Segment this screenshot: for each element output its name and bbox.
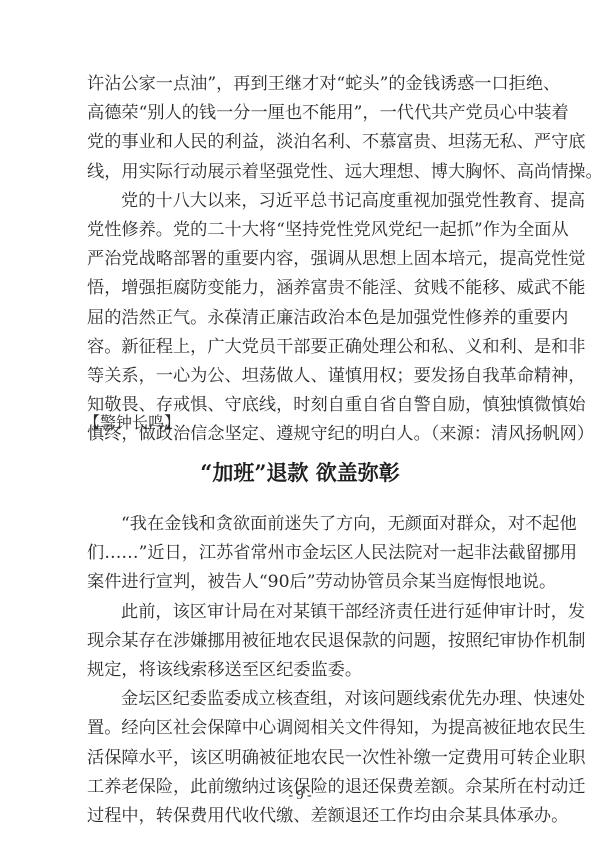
text-block-party-spirit: 许沾公家一点油”，再到王继才对“蛇头”的金钱诱惑一口拒绝、 高德荣“别人的钱一分… — [87, 70, 519, 449]
paragraph-line: 案件进行宣判，被告人“90后”劳动协管员佘某当庭悔恨地说。 — [87, 568, 519, 597]
section-label: 【警钟长鸣】 — [84, 410, 180, 433]
paragraph-line: 党的事业和人民的利益，淡泊名利、不慕富贵、坦荡无私、严守底 — [87, 128, 519, 157]
paragraph-line: 党性修养。党的二十大将“坚持党性党风党纪一起抓”作为全面从 — [87, 216, 519, 245]
paragraph-line: 规定，将该线索移送至区纪委监委。 — [87, 656, 519, 685]
paragraph-line: 等关系，一心为公、坦荡做人、谨慎用权；要发扬自我革命精神， — [87, 362, 519, 391]
paragraph-line: 严治党战略部署的重要内容，强调从思想上固本培元，提高党性觉 — [87, 245, 519, 274]
paragraph-line: “我在金钱和贪欲面前迷失了方向，无颜面对群众，对不起他 — [87, 510, 519, 539]
paragraph-line: 金坛区纪委监委成立核查组，对该问题线索优先办理、快速处 — [87, 685, 519, 714]
paragraph-line: 线，用实际行动展示着坚强党性、远大理想、博大胸怀、高尚情操。 — [87, 158, 519, 187]
paragraph-line: 们……”近日，江苏省常州市金坛区人民法院对一起非法截留挪用 — [87, 539, 519, 568]
article-title: “加班”退款 欲盖弥彰 — [0, 457, 600, 487]
paragraph-line: 高德荣“别人的钱一分一厘也不能用”，一代代共产党员心中装着 — [87, 99, 519, 128]
paragraph-line: 党的十八大以来，习近平总书记高度重视加强党性教育、提高 — [87, 187, 519, 216]
paragraph-line: 过程中，转保费用代收代缴、差额退还工作均由佘某具体承办。 — [87, 802, 519, 831]
paragraph-line: 活保障水平，该区明确被征地农民一次性补缴一定费用可转企业职 — [87, 744, 519, 773]
paragraph-line: 现佘某存在涉嫌挪用被征地农民退保款的问题，按照纪审协作机制 — [87, 627, 519, 656]
paragraph-line: 置。经向区社会保障中心调阅相关文件得知，为提高被征地农民生 — [87, 714, 519, 743]
text-block-case-report: “我在金钱和贪欲面前迷失了方向，无颜面对群众，对不起他 们……”近日，江苏省常州… — [87, 510, 519, 831]
document-page: 许沾公家一点油”，再到王继才对“蛇头”的金钱诱惑一口拒绝、 高德荣“别人的钱一分… — [0, 0, 600, 849]
paragraph-line: 悟，增强拒腐防变能力，涵养富贵不能淫、贫贱不能移、威武不能 — [87, 274, 519, 303]
paragraph-line: 容。新征程上，广大党员干部要正确处理公和私、义和利、是和非 — [87, 333, 519, 362]
paragraph-line: 许沾公家一点油”，再到王继才对“蛇头”的金钱诱惑一口拒绝、 — [87, 70, 519, 99]
paragraph-line: 此前，该区审计局在对某镇干部经济责任进行延伸审计时，发 — [87, 598, 519, 627]
paragraph-line: 屈的浩然正气。永葆清正廉洁政治本色是加强党性修养的重要内 — [87, 304, 519, 333]
page-number: - 9 - — [0, 788, 600, 804]
